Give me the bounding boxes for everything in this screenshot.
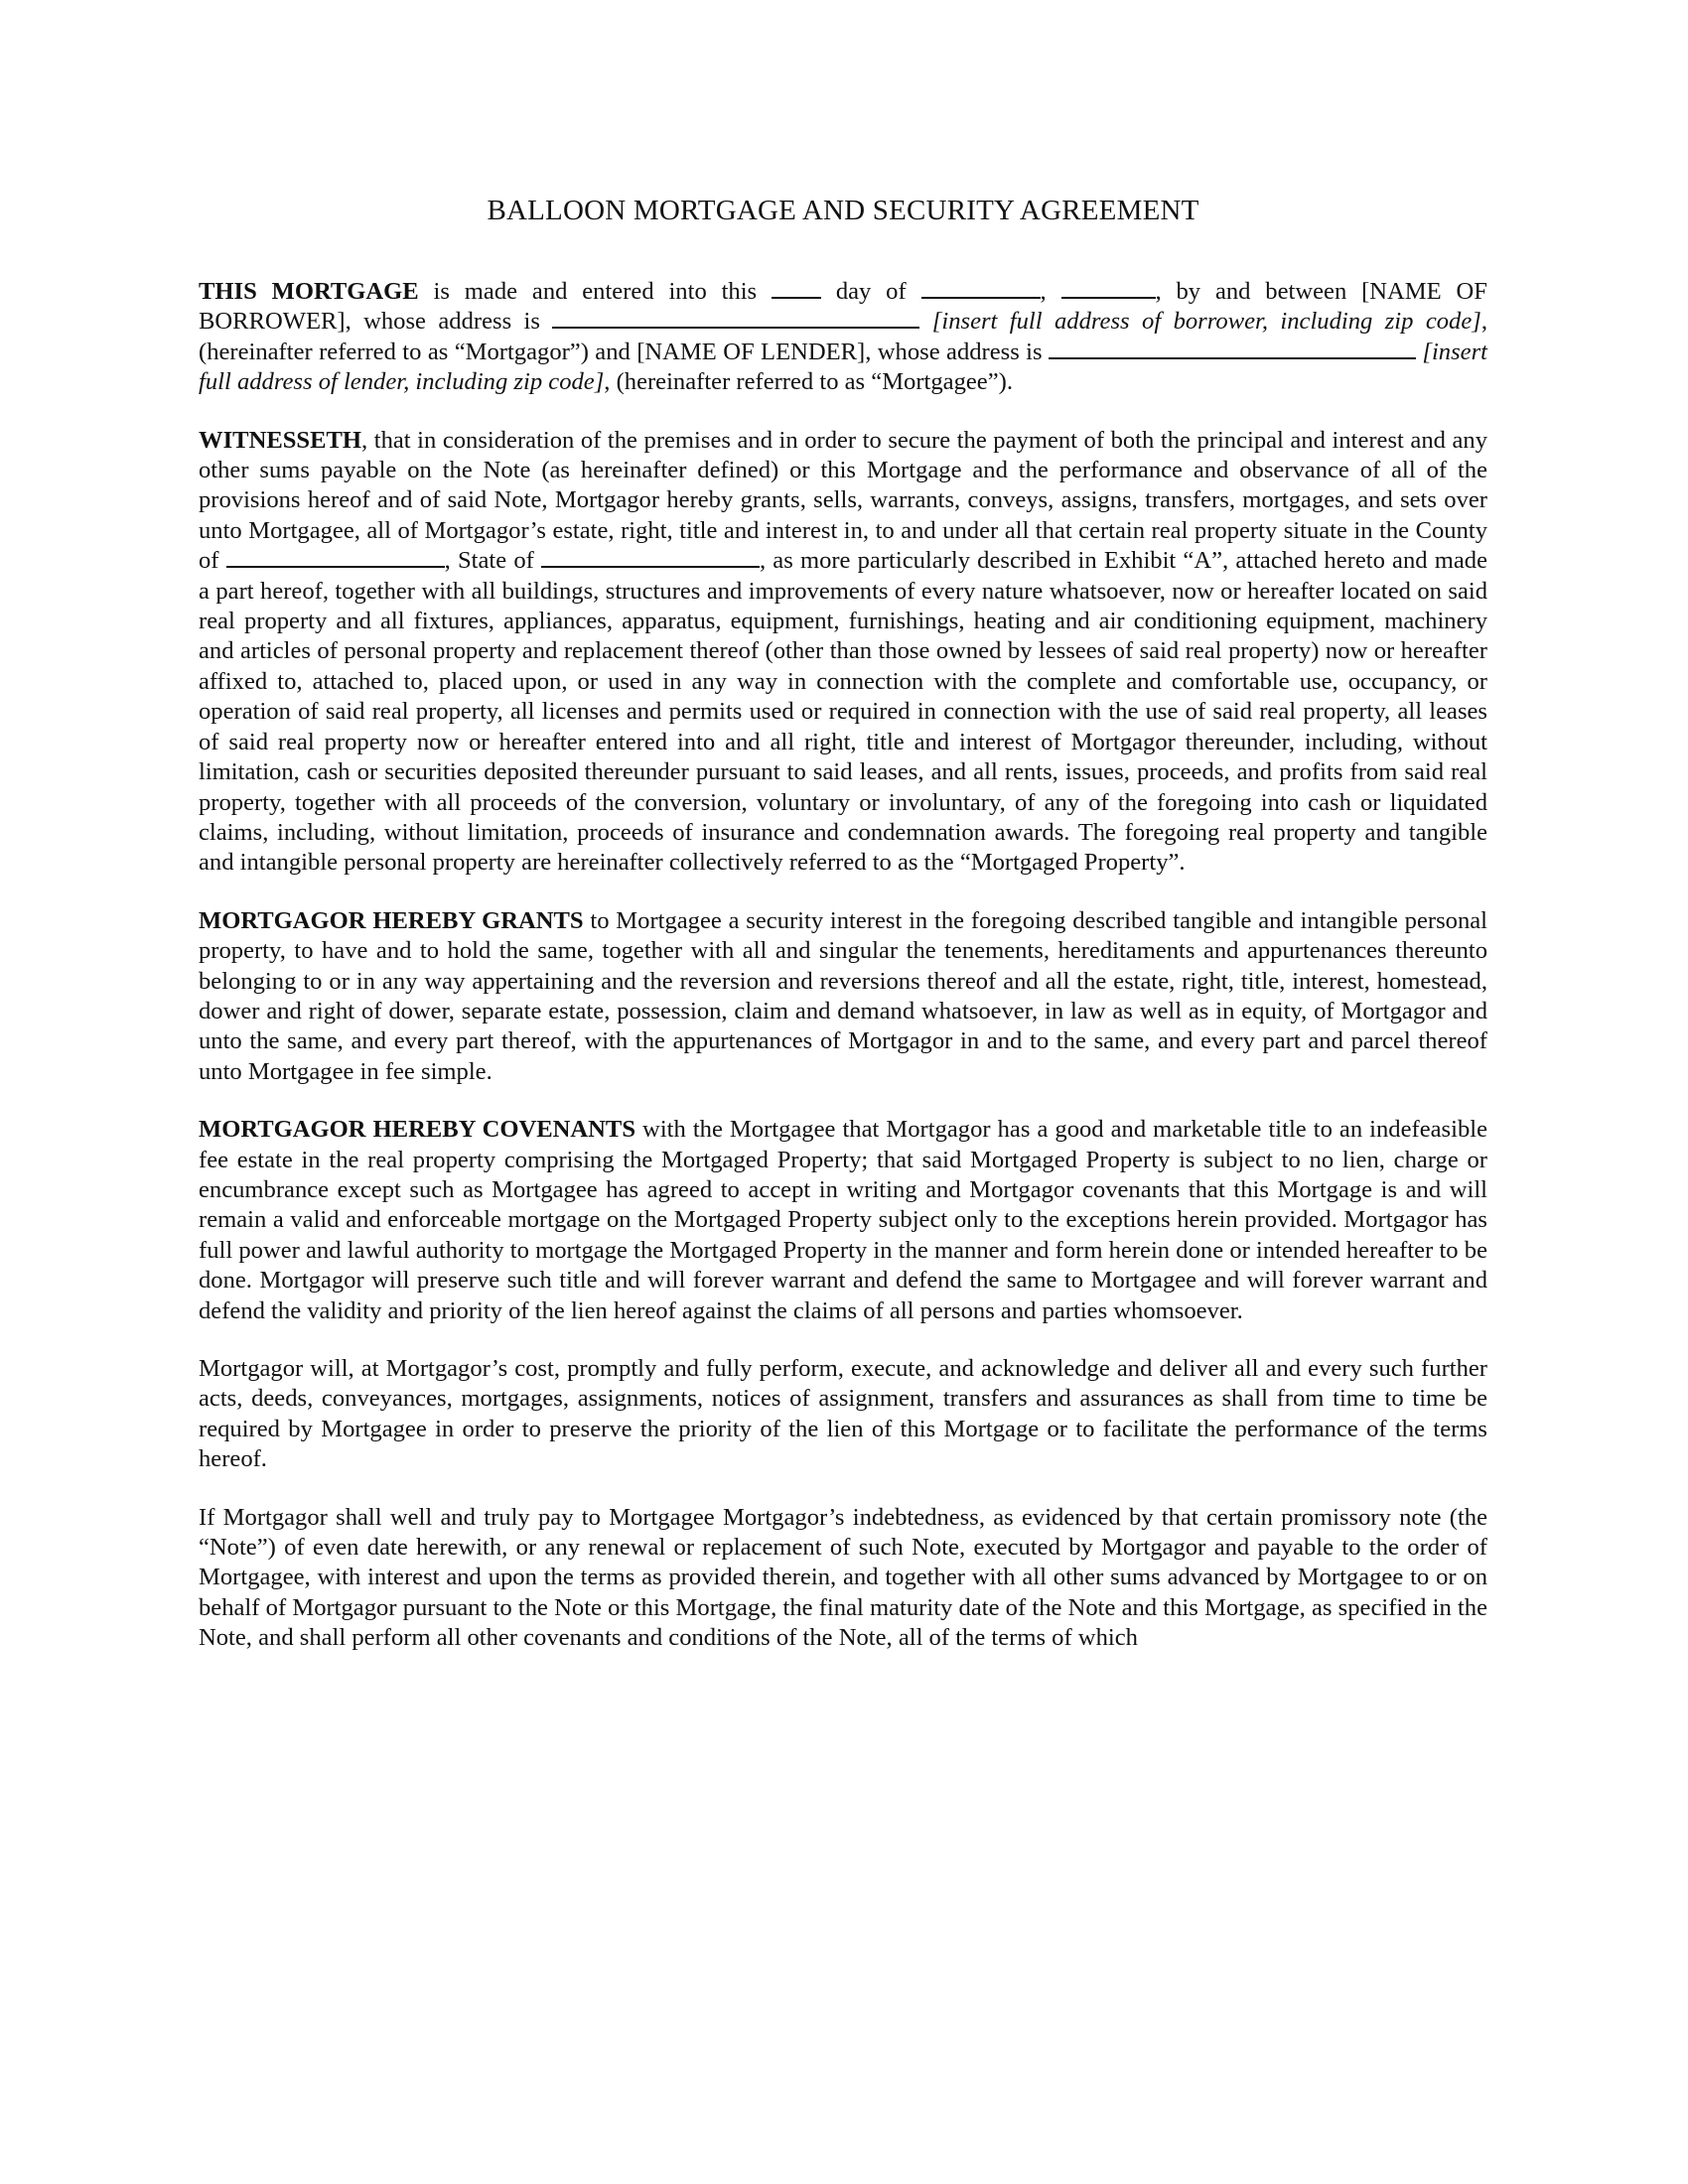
intro-text-1: is made and entered into this [419, 278, 772, 305]
borrower-address-instruction: [insert full address of borrower, includ… [932, 308, 1481, 335]
lender-address-blank[interactable] [1049, 340, 1416, 359]
intro-lead: THIS MORTGAGE [199, 278, 419, 305]
payment-text: If Mortgagor shall well and truly pay to… [199, 1504, 1487, 1652]
payment-paragraph: If Mortgagor shall well and truly pay to… [199, 1503, 1487, 1654]
grants-paragraph: MORTGAGOR HEREBY GRANTS to Mortgagee a s… [199, 906, 1487, 1087]
document-page: BALLOON MORTGAGE AND SECURITY AGREEMENT … [199, 195, 1487, 1682]
covenants-paragraph: MORTGAGOR HEREBY COVENANTS with the Mort… [199, 1115, 1487, 1326]
county-blank[interactable] [226, 548, 445, 568]
borrower-address-blank[interactable] [552, 309, 919, 329]
month-blank[interactable] [921, 279, 1041, 299]
witnesseth-paragraph: WITNESSETH, that in consideration of the… [199, 426, 1487, 879]
witnesseth-text-3: , as more particularly described in Exhi… [199, 547, 1487, 876]
intro-text-3: , [1041, 278, 1061, 305]
witnesseth-lead: WITNESSETH [199, 427, 361, 454]
intro-text-6: , (hereinafter referred to as “Mortgagee… [604, 368, 1013, 395]
state-blank[interactable] [541, 548, 760, 568]
intro-paragraph: THIS MORTGAGE is made and entered into t… [199, 277, 1487, 398]
covenants-text: with the Mortgagee that Mortgagor has a … [199, 1116, 1487, 1323]
grants-lead: MORTGAGOR HEREBY GRANTS [199, 907, 584, 934]
further-acts-paragraph: Mortgagor will, at Mortgagor’s cost, pro… [199, 1354, 1487, 1475]
intro-text-2: day of [821, 278, 921, 305]
day-blank[interactable] [772, 279, 821, 299]
year-blank[interactable] [1061, 279, 1156, 299]
document-title: BALLOON MORTGAGE AND SECURITY AGREEMENT [199, 195, 1487, 227]
witnesseth-text-2: , State of [445, 547, 541, 574]
covenants-lead: MORTGAGOR HEREBY COVENANTS [199, 1116, 635, 1143]
further-acts-text: Mortgagor will, at Mortgagor’s cost, pro… [199, 1355, 1487, 1472]
